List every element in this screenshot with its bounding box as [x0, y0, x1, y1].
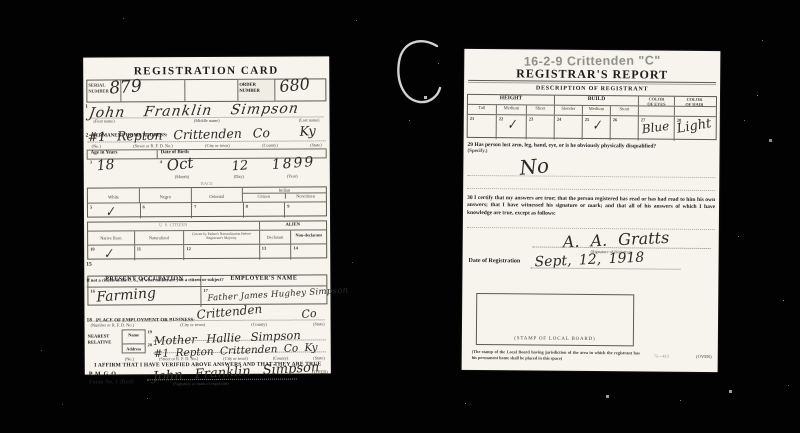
q29-text: Has person lost arm, leg, hand, eye, or … — [474, 142, 656, 150]
employer-value: Father James Hughey Simpson — [207, 286, 348, 304]
relative-address-line: #1 Repton Crittenden Co Ky — [154, 340, 326, 353]
form-id: P. M. G. O. Form No. 1 (Red) — [89, 370, 134, 387]
race-table: White Negro Oriental Indian Citizen Nonc… — [87, 186, 327, 217]
local-board-caption: (The stamp of the Local Board having jur… — [472, 349, 640, 362]
citizen-by-father-label: Citizen by Father's Naturalization Befor… — [183, 231, 258, 244]
q29-dotline-2 — [467, 188, 715, 191]
relative-address-label: Address — [123, 344, 145, 351]
registration-card: REGISTRATION CARD SERIAL NUMBER 879 ORDE… — [83, 56, 331, 374]
employer-box: 17 Father James Hughey Simpson — [200, 286, 326, 307]
citizen-by-father-box: 12 — [183, 245, 258, 260]
dob-year-label: (Year) — [287, 174, 298, 179]
scan-noise-specks — [0, 0, 1, 1]
q29-specify-label: (Specify.) — [467, 149, 715, 156]
us-citizen-header: U. S. CITIZEN — [88, 222, 259, 231]
dob-month-value: Oct — [166, 154, 195, 175]
date-of-registration-label: Date of Registration — [469, 258, 521, 264]
dob-year-value: 1899 — [271, 154, 316, 173]
race-indian-noncitizen-label: Noncitizen — [284, 193, 326, 198]
address-street-label: (Street or R. F. D. No.) — [133, 143, 172, 148]
address-value: #1 Repton Crittenden Co — [87, 125, 270, 144]
address-state-value: Ky — [299, 124, 316, 140]
relative-name-line: Mother Hallie Simpson — [154, 328, 326, 341]
short-label: Short — [526, 105, 554, 114]
q29-dotline-1 — [467, 175, 715, 178]
address-city-label: (City or town) — [205, 143, 230, 148]
build-medium-label: Medium — [582, 106, 610, 115]
local-board-stamp-box: (STAMP OF LOCAL BOARD) — [476, 293, 634, 346]
race-white-label: White — [88, 188, 139, 202]
native-born-box: 10 ✓ — [88, 245, 134, 260]
address-state-label: (State) — [310, 142, 321, 147]
race-oriental-box: 7 — [191, 203, 243, 218]
native-born-check-mark: ✓ — [104, 246, 115, 261]
employment-city-label: (City or town) — [180, 322, 205, 327]
local-board-stamp-label: (STAMP OF LOCAL BOARD) — [477, 336, 633, 342]
middle-name-label: (Middle name) — [194, 118, 220, 123]
print-code: 75—413 — [654, 354, 669, 359]
tall-box: 21 — [468, 115, 496, 139]
nearest-relative-header: NEAREST RELATIVE — [88, 333, 120, 345]
height-medium-check-mark: ✓ — [507, 117, 518, 132]
employment-sublabels: (Number or R. F. D. No.) (City or town) … — [91, 321, 325, 327]
q30-text: 30 I certify that my answers are true; t… — [467, 195, 715, 219]
height-medium-box: 22 ✓ — [496, 115, 526, 139]
citizenship-table: U. S. CITIZEN ALIEN Native Born Naturali… — [87, 220, 327, 259]
race-oriental-label: Oriental — [191, 188, 242, 202]
race-indian-citizen-box: 8 — [243, 203, 285, 218]
employment-county-label: (County) — [251, 322, 267, 327]
order-number-cell: 680 — [275, 79, 325, 100]
age-value: 18 — [96, 157, 115, 175]
slender-box: 24 — [554, 116, 582, 140]
registrars-report-over-label: (OVER) — [696, 354, 712, 359]
naturalized-box: 11 — [134, 245, 184, 260]
color-of-eyes-header: COLOR OF EYES — [638, 96, 674, 105]
slender-label: Slender — [554, 106, 582, 115]
employment-number-label: (Number or R. F. D. No.) — [91, 322, 134, 327]
alien-header: ALIEN — [259, 221, 326, 229]
name-line: John Franklin Simpson — [89, 101, 323, 118]
race-indian-noncitizen-box: 9 — [284, 202, 326, 217]
dob-month-label: (Month) — [175, 174, 189, 179]
build-medium-check-mark: ✓ — [592, 118, 603, 133]
race-negro-box: 6 — [139, 203, 191, 218]
relative-label-cells: Name Address — [122, 329, 146, 353]
employment-state-label: (State) — [313, 321, 324, 326]
stout-label: Stout — [610, 106, 638, 115]
hair-box: 28 Light — [674, 117, 714, 141]
serial-number-value: 879 — [109, 76, 143, 98]
color-of-hair-header: COLOR OF HAIR — [674, 97, 714, 106]
naturalized-label: Naturalized — [134, 231, 184, 244]
relative-name-label: Name — [123, 330, 145, 344]
description-section-title: DESCRIPTION OF REGISTRANT — [464, 85, 720, 93]
name-row-number: 1 — [85, 105, 88, 110]
dob-day-label: (Day) — [234, 174, 244, 179]
q29-block: 29 Has person lost arm, leg, hand, eye, … — [467, 142, 715, 156]
non-declarant-box: 14 — [290, 244, 326, 259]
race-indian-citizen-label: Citizen — [243, 194, 285, 199]
race-negro-label: Negro — [139, 188, 190, 202]
occupation-box: 16 Farming — [88, 287, 200, 308]
order-number-label: ORDER NUMBER — [237, 80, 275, 101]
height-medium-label: Medium — [496, 105, 526, 114]
serial-order-blank — [185, 80, 237, 101]
build-header: BUILD — [554, 96, 638, 106]
race-white-check-mark: ✓ — [106, 204, 117, 219]
short-box: 23 — [526, 115, 554, 139]
registration-card-over-label: (OVER) — [312, 369, 328, 374]
order-number-value: 680 — [278, 74, 310, 96]
dob-number: 4 — [160, 159, 162, 164]
nearest-relative-block: NEAREST RELATIVE Name Address 19 Mother … — [88, 328, 328, 355]
declarant-box: 13 — [259, 245, 291, 260]
eye-color-value: Blue — [641, 119, 670, 136]
tall-label: Tall — [468, 105, 496, 114]
registrars-report-card: 16-2-9 Crittenden "C" REGISTRAR'S REPORT… — [462, 49, 721, 372]
occupation-table: PRESENT OCCUPATION EMPLOYER'S NAME 16 Fa… — [87, 274, 327, 305]
address-no-label: (No.) — [92, 144, 101, 149]
age-number: 3 — [90, 160, 92, 165]
eyes-box: 27 Blue — [638, 116, 674, 140]
occupation-value: Farming — [96, 285, 157, 305]
description-table: HEIGHT BUILD COLOR OF EYES COLOR OF HAIR… — [467, 94, 717, 140]
race-white-box: 5 ✓ — [88, 203, 140, 218]
white-circle-mark — [390, 34, 452, 110]
relative-name-number: 19 — [148, 329, 152, 334]
q30-dotline-1 — [467, 227, 715, 230]
non-declarant-label: Non-declarant — [290, 230, 326, 243]
native-born-label: Native Born — [88, 231, 134, 244]
address-line: #1 Repton Crittenden Co Ky — [88, 124, 326, 142]
q29-number: 29 — [468, 142, 474, 148]
race-indian-group: Indian Citizen Noncitizen — [242, 187, 326, 201]
address-county-label: (County) — [262, 143, 278, 148]
declarant-label: Declarant — [259, 231, 291, 244]
dob-day-value: 12 — [231, 158, 249, 174]
employers-name-header: EMPLOYER'S NAME — [200, 275, 326, 286]
relative-address-number: 20 — [148, 342, 152, 347]
registrant-signature-label: (Signature or mark of registrant) — [173, 381, 229, 386]
last-name-label: (Last name) — [299, 117, 320, 122]
stout-box: 26 — [610, 116, 638, 140]
age-dob-values: 3 18 4 Oct 12 1899 (Month) (Day) (Year) — [87, 158, 327, 179]
serial-order-strip: SERIAL NUMBER 879 ORDER NUMBER 680 — [86, 78, 326, 102]
serial-number-cell: 879 — [121, 80, 185, 101]
q30-number: 30 — [467, 195, 473, 201]
height-header: HEIGHT — [468, 95, 554, 105]
build-medium-box: 25 ✓ — [582, 116, 610, 140]
